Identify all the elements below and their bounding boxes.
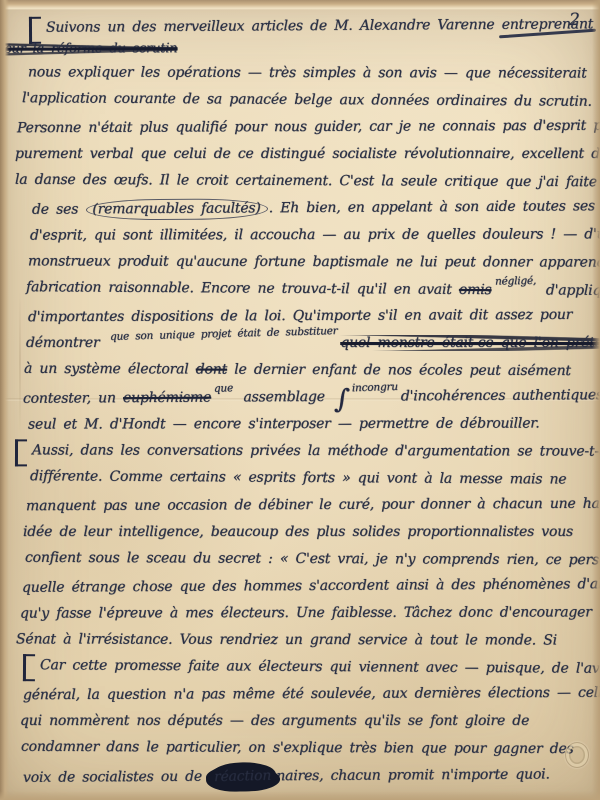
- manuscript-line: manquent pas une occasion de débiner le …: [26, 492, 600, 521]
- struck-text: omis: [459, 282, 492, 298]
- handwriting-text: quelle étrange chose que des hommes s'ac…: [22, 576, 600, 596]
- struck-text: dont: [196, 362, 227, 378]
- page-number: 2: [569, 10, 580, 30]
- handwriting-text: confient sous le sceau du secret : « C'e…: [25, 550, 600, 569]
- handwriting-text: seul et M. d'Hondt — encore s'interposer…: [28, 416, 540, 433]
- manuscript-line: fabrication raisonnable. Encore ne trouv…: [26, 275, 600, 306]
- manuscript-line: de ses (remarquables facultés). Eh bien,…: [32, 194, 600, 225]
- handwriting-text: manquent pas une occasion de débiner le …: [26, 496, 600, 514]
- manuscript-line: général, la question n'a pas même été so…: [23, 681, 600, 710]
- handwriting-text: le dernier enfant de nos écoles peut ais…: [227, 362, 571, 379]
- interlinear-insertion: que son unique projet était de substitue…: [109, 319, 337, 350]
- manuscript-line: qu'y fasse l'épreuve à mes électeurs. Un…: [20, 600, 600, 628]
- manuscript-line: seul et M. d'Hondt — encore s'interposer…: [28, 411, 600, 439]
- handwriting-text: condamner dans le particulier, on s'expl…: [21, 739, 574, 757]
- handwriting-text: purement verbal que celui de ce distingu…: [15, 146, 600, 162]
- manuscript-line: à un système électoral dont le dernier e…: [24, 357, 600, 386]
- handwriting-text: naires, chacun promit n'importe quoi.: [276, 767, 549, 785]
- handwriting-text: de ses: [32, 201, 86, 217]
- manuscript-text: Suivons un des merveilleux articles de M…: [12, 14, 600, 790]
- margin-bracket-mark: [15, 439, 27, 466]
- handwriting-text: fabrication raisonnable. Encore ne trouv…: [26, 279, 459, 298]
- margin-bracket-mark: [23, 654, 35, 681]
- manuscript-line: Personne n'était plus qualifié pour nous…: [17, 114, 600, 143]
- manuscript-line: différente. Comme certains « esprits for…: [30, 464, 600, 495]
- handwriting-text: . Eh bien, en appelant à son aide toutes…: [269, 198, 600, 217]
- interlinear-insertion: négligé,: [494, 269, 536, 295]
- manuscript-line: sur la réforme du scrutin: [5, 40, 600, 61]
- handwriting-text: monstrueux produit qu'aucune fortune bap…: [28, 253, 600, 270]
- manuscript-line: contester, un euphémismeque assemblage ∫…: [23, 383, 600, 414]
- handwriting-text: Suivons un des merveilleux articles de M…: [46, 16, 600, 36]
- margin-bracket-mark: [29, 17, 41, 44]
- manuscript-line: voix de socialistes ou de réactionnaires…: [23, 761, 600, 792]
- manuscript-line: qui nommèrent nos députés — des argument…: [20, 709, 600, 736]
- handwriting-text: d'esprit, qui sont illimitées, il accouc…: [30, 226, 600, 243]
- manuscript-line: Car cette promesse faite aux électeurs q…: [40, 653, 600, 684]
- handwriting-text: général, la question n'a pas même été so…: [23, 685, 600, 703]
- handwriting-text: la danse des œufs. Il le croit certainem…: [15, 172, 597, 190]
- handwriting-text: nous expliquer les opérations — très sim…: [28, 64, 587, 81]
- manuscript-line: démontrer que son unique projet était de…: [26, 331, 600, 358]
- handwriting-text: contester, un: [23, 390, 123, 407]
- handwriting-text: qui nommèrent nos députés — des argument…: [20, 713, 529, 729]
- handwriting-text: Car cette promesse faite aux électeurs q…: [40, 657, 600, 677]
- manuscript-line: condamner dans le particulier, on s'expl…: [21, 735, 600, 764]
- struck-text: euphémisme: [123, 390, 211, 407]
- manuscript-line: quelle étrange chose que des hommes s'ac…: [22, 572, 600, 603]
- handwriting-text: différente. Comme certains « esprits for…: [30, 468, 567, 487]
- handwriting-text: démontrer: [26, 335, 107, 351]
- manuscript-line: Suivons un des merveilleux articles de M…: [46, 12, 600, 42]
- manuscript-line: confient sous le sceau du secret : « C'e…: [25, 546, 600, 575]
- handwriting-text: Sénat à l'irrésistance. Vous rendriez un…: [16, 631, 557, 648]
- manuscript-line: Sénat à l'irrésistance. Vous rendriez un…: [16, 627, 600, 655]
- handwriting-text: d'incohérences authentiques où Satan: [401, 387, 600, 405]
- manuscript-line: la danse des œufs. Il le croit certainem…: [15, 168, 600, 197]
- manuscript-line: nous expliquer les opérations — très sim…: [28, 60, 600, 88]
- handwriting-text: idée de leur intelligence, beaucoup des …: [23, 524, 573, 540]
- interlinear-insertion: que: [214, 376, 234, 402]
- handwriting-text: d'appliquer: [539, 282, 600, 299]
- handwriting-text: assemblage: [236, 389, 332, 406]
- handwriting-text: qu'y fasse l'épreuve à mes électeurs. Un…: [20, 604, 600, 621]
- handwriting-text: voix de socialistes ou de: [23, 769, 209, 786]
- paper-edge-bottom: [0, 791, 600, 800]
- heavily-struck-text: quel monstre était-ce que l'on prétendai…: [340, 335, 600, 351]
- embossed-stamp: [565, 742, 589, 768]
- manuscript-photo: 2 Suivons un des merveilleux articles de…: [0, 0, 600, 800]
- interlinear-insertion: incongru: [351, 375, 398, 401]
- heavily-struck-text: sur la réforme du scrutin: [5, 41, 177, 56]
- manuscript-line: Aussi, dans les conversations privées la…: [32, 438, 600, 466]
- handwriting-text: l'application courante de sa panacée bel…: [22, 90, 592, 110]
- handwriting-text: Personne n'était plus qualifié pour nous…: [17, 118, 600, 137]
- brace-mark: ∫: [335, 399, 349, 400]
- manuscript-line: d'esprit, qui sont illimitées, il accouc…: [30, 222, 600, 250]
- handwriting-text: à un système électoral: [24, 361, 196, 378]
- ink-blot: réaction: [209, 763, 277, 793]
- handwriting-text: Aussi, dans les conversations privées la…: [32, 442, 600, 459]
- circled-text: (remarquables facultés): [86, 198, 267, 220]
- manuscript-line: idée de leur intelligence, beaucoup des …: [23, 520, 600, 547]
- manuscript-line: l'application courante de sa panacée bel…: [22, 86, 600, 117]
- manuscript-line: purement verbal que celui de ce distingu…: [15, 142, 600, 169]
- paper-edge-top: [0, 0, 600, 10]
